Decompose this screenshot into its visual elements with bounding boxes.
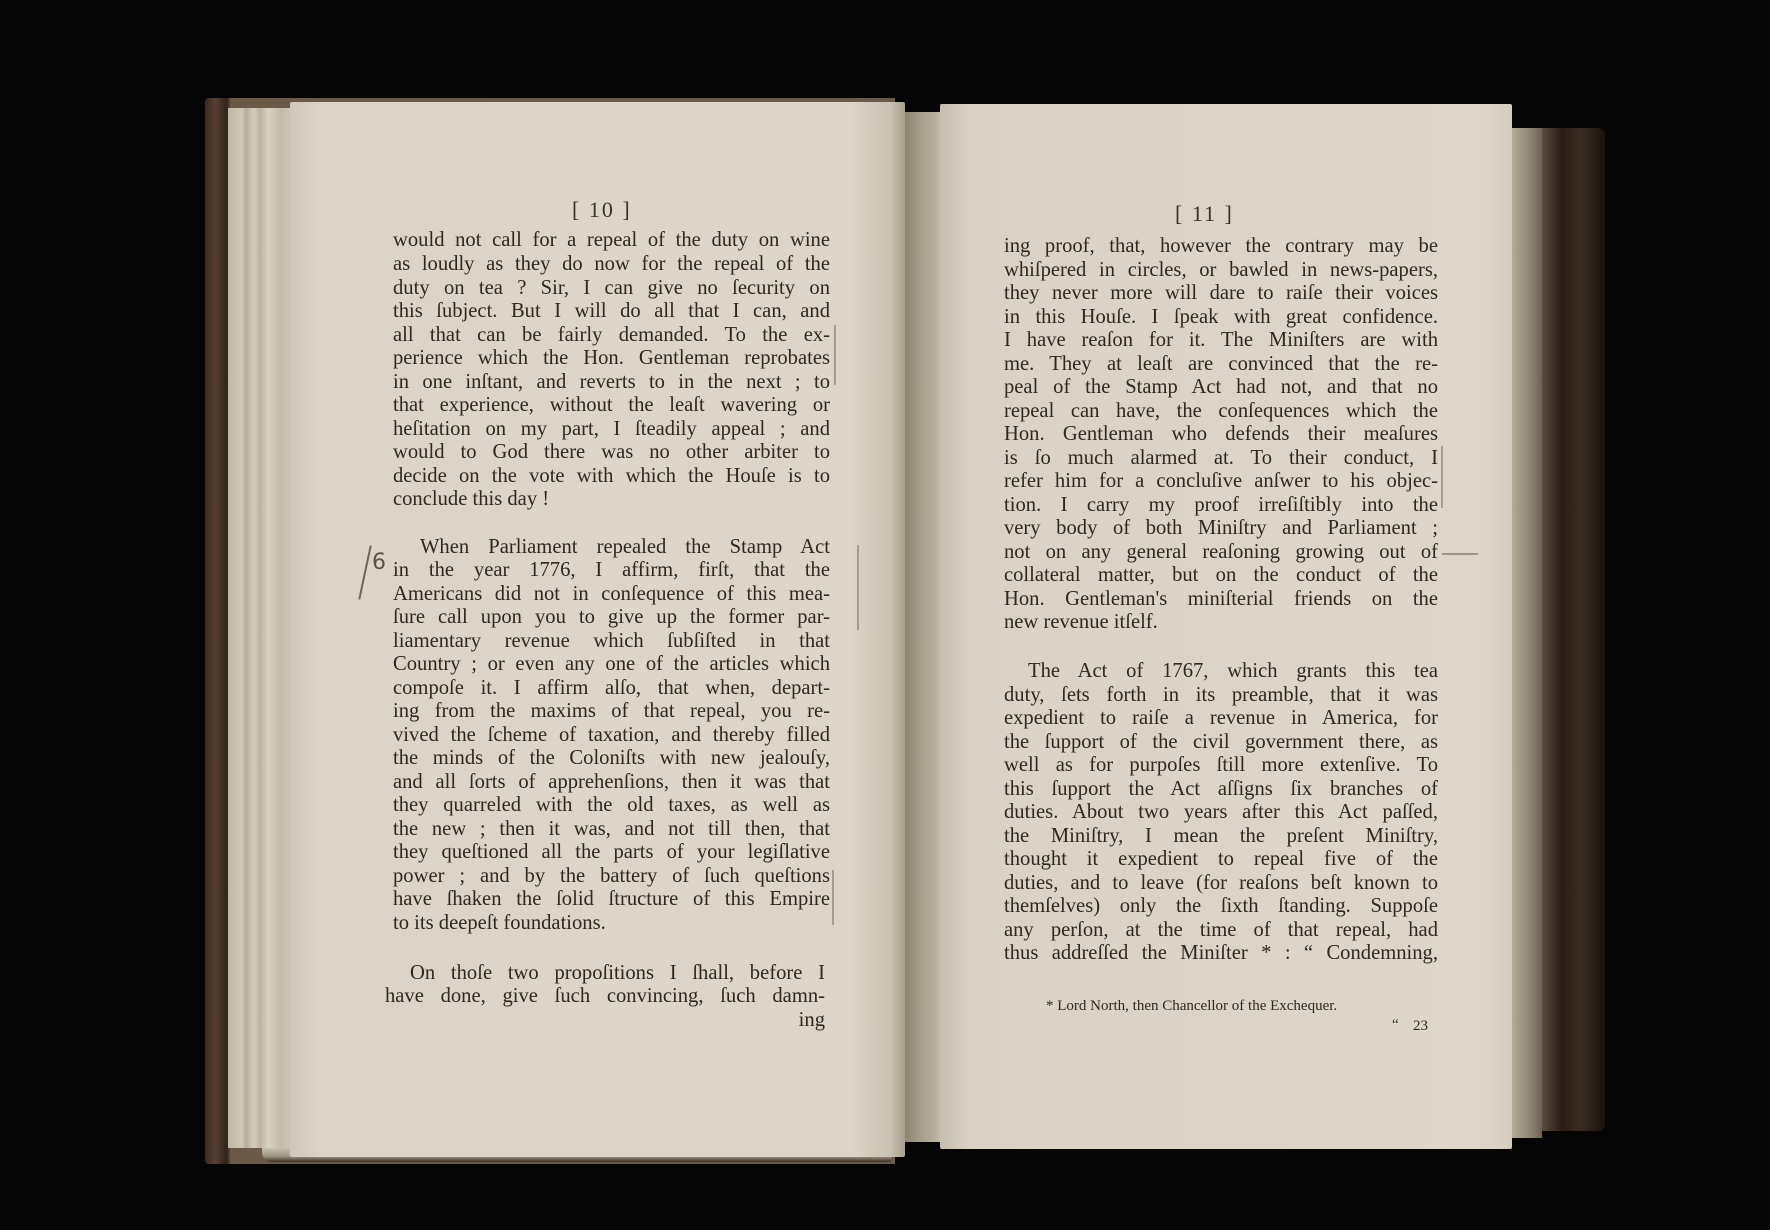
text-line: expedient to raiſe a revenue in America,… bbox=[1004, 706, 1438, 730]
text-line: that experience, without the leaſt waver… bbox=[393, 393, 830, 417]
text-line: Hon. Gentleman's miniſterial friends on … bbox=[1004, 587, 1438, 611]
catchword-left: ing bbox=[700, 1008, 825, 1032]
pencil-mark bbox=[1442, 553, 1478, 555]
text-line: On thoſe two propoſitions I ſhall, befor… bbox=[410, 961, 825, 985]
text-line: this ſupport the Act aſſigns ſix branche… bbox=[1004, 777, 1438, 801]
text-line: any perſon, at the time of that repeal, … bbox=[1004, 918, 1438, 942]
text-line: Americans did not in conſequence of this… bbox=[393, 582, 830, 606]
text-line: The Act of 1767, which grants this tea bbox=[1028, 659, 1438, 683]
footnote: * Lord North, then Chancellor of the Exc… bbox=[1046, 998, 1337, 1015]
text-line: thus addreſſed the Miniſter * : “ Condem… bbox=[1004, 941, 1438, 965]
text-line: ing from the maxims of that repeal, you … bbox=[393, 699, 830, 723]
text-line: refer him for a concluſive anſwer to his… bbox=[1004, 469, 1438, 493]
text-line: the minds of the Coloniſts with new jeal… bbox=[393, 746, 830, 770]
pencil-mark bbox=[832, 870, 834, 925]
text-line: they quarreled with the old taxes, as we… bbox=[393, 793, 830, 817]
text-line: Country ; or even any one of the article… bbox=[393, 652, 830, 676]
text-line: have done, give ſuch convincing, ſuch da… bbox=[385, 984, 825, 1008]
text-line: perience which the Hon. Gentleman reprob… bbox=[393, 346, 830, 370]
pencil-mark bbox=[834, 325, 836, 385]
text-line: compoſe it. I affirm alſo, that when, de… bbox=[393, 676, 830, 700]
text-line: vived the ſcheme of taxation, and thereb… bbox=[393, 723, 830, 747]
book-gutter bbox=[905, 112, 945, 1142]
text-line: I have reaſon for it. The Miniſters are … bbox=[1004, 328, 1438, 352]
text-line: they never more will dare to raiſe their… bbox=[1004, 281, 1438, 305]
text-line: to its deepeſt foundations. bbox=[393, 911, 830, 935]
text-line: have ſhaken the ſolid ſtructure of this … bbox=[393, 887, 830, 911]
text-line: well as for purpoſes ſtill more extenſiv… bbox=[1004, 753, 1438, 777]
text-line: this ſubject. But I will do all that I c… bbox=[393, 299, 830, 323]
text-line: duties. About two years after this Act p… bbox=[1004, 800, 1438, 824]
text-line: tion. I carry my proof irreſiſtibly into… bbox=[1004, 493, 1438, 517]
text-line: themſelves) only the ſixth ſtanding. Sup… bbox=[1004, 894, 1438, 918]
text-line: duty on tea ? Sir, I can give no ſecurit… bbox=[393, 276, 830, 300]
text-line: the new ; then it was, and not till then… bbox=[393, 817, 830, 841]
text-line: all that can be fairly demanded. To the … bbox=[393, 323, 830, 347]
text-line: liamentary revenue which ſubſiſted in th… bbox=[393, 629, 830, 653]
text-line: Hon. Gentleman who defends their meaſure… bbox=[1004, 422, 1438, 446]
page-edge-right bbox=[1512, 128, 1542, 1138]
text-line: thought it expedient to repeal five of t… bbox=[1004, 847, 1438, 871]
text-line: new revenue itſelf. bbox=[1004, 610, 1438, 634]
text-line: When Parliament repealed the Stamp Act bbox=[420, 535, 830, 559]
text-line: ing proof, that, however the contrary ma… bbox=[1004, 234, 1438, 258]
signature-mark: 23 bbox=[1413, 1018, 1428, 1035]
text-line: would not call for a repeal of the duty … bbox=[393, 228, 830, 252]
text-line: conclude this day ! bbox=[393, 487, 830, 511]
text-line: the ſupport of the civil government ther… bbox=[1004, 730, 1438, 754]
margin-note: 6 bbox=[372, 550, 386, 575]
text-line: decide on the vote with which the Houſe … bbox=[393, 464, 830, 488]
pencil-mark bbox=[857, 545, 859, 630]
text-line: repeal can have, the conſequences which … bbox=[1004, 399, 1438, 423]
text-line: whiſpered in circles, or bawled in news-… bbox=[1004, 258, 1438, 282]
text-line: as loudly as they do now for the repeal … bbox=[393, 252, 830, 276]
text-line: in the year 1776, I affirm, firſt, that … bbox=[393, 558, 830, 582]
text-line: the Miniſtry, I mean the preſent Miniſtr… bbox=[1004, 824, 1438, 848]
page-number-right: [ 11 ] bbox=[1175, 201, 1234, 227]
text-line: would to God there was no other arbiter … bbox=[393, 440, 830, 464]
text-line: peal of the Stamp Act had not, and that … bbox=[1004, 375, 1438, 399]
text-line: in one inſtant, and reverts to in the ne… bbox=[393, 370, 830, 394]
text-line: and all ſorts of apprehenſions, then it … bbox=[393, 770, 830, 794]
page-number-left: [ 10 ] bbox=[572, 197, 632, 223]
text-line: ſure call upon you to give up the former… bbox=[393, 605, 830, 629]
text-line: very body of both Miniſtry and Parliamen… bbox=[1004, 516, 1438, 540]
text-line: in this Houſe. I ſpeak with great confid… bbox=[1004, 305, 1438, 329]
page-stack-left bbox=[228, 108, 294, 1148]
text-line: not on any general reaſoning growing out… bbox=[1004, 540, 1438, 564]
text-line: collateral matter, but on the conduct of… bbox=[1004, 563, 1438, 587]
text-line: is ſo much alarmed at. To their conduct,… bbox=[1004, 446, 1438, 470]
text-line: heſitation on my part, I ſteadily appeal… bbox=[393, 417, 830, 441]
text-line: duties, and to leave (for reaſons beſt k… bbox=[1004, 871, 1438, 895]
catchword-right: “ bbox=[1392, 1017, 1399, 1034]
text-line: duty, ſets forth in its preamble, that i… bbox=[1004, 683, 1438, 707]
pencil-mark bbox=[1441, 446, 1443, 508]
text-line: me. They at leaſt are convinced that the… bbox=[1004, 352, 1438, 376]
text-line: power ; and by the battery of ſuch queſt… bbox=[393, 864, 830, 888]
text-line: they queſtioned all the parts of your le… bbox=[393, 840, 830, 864]
